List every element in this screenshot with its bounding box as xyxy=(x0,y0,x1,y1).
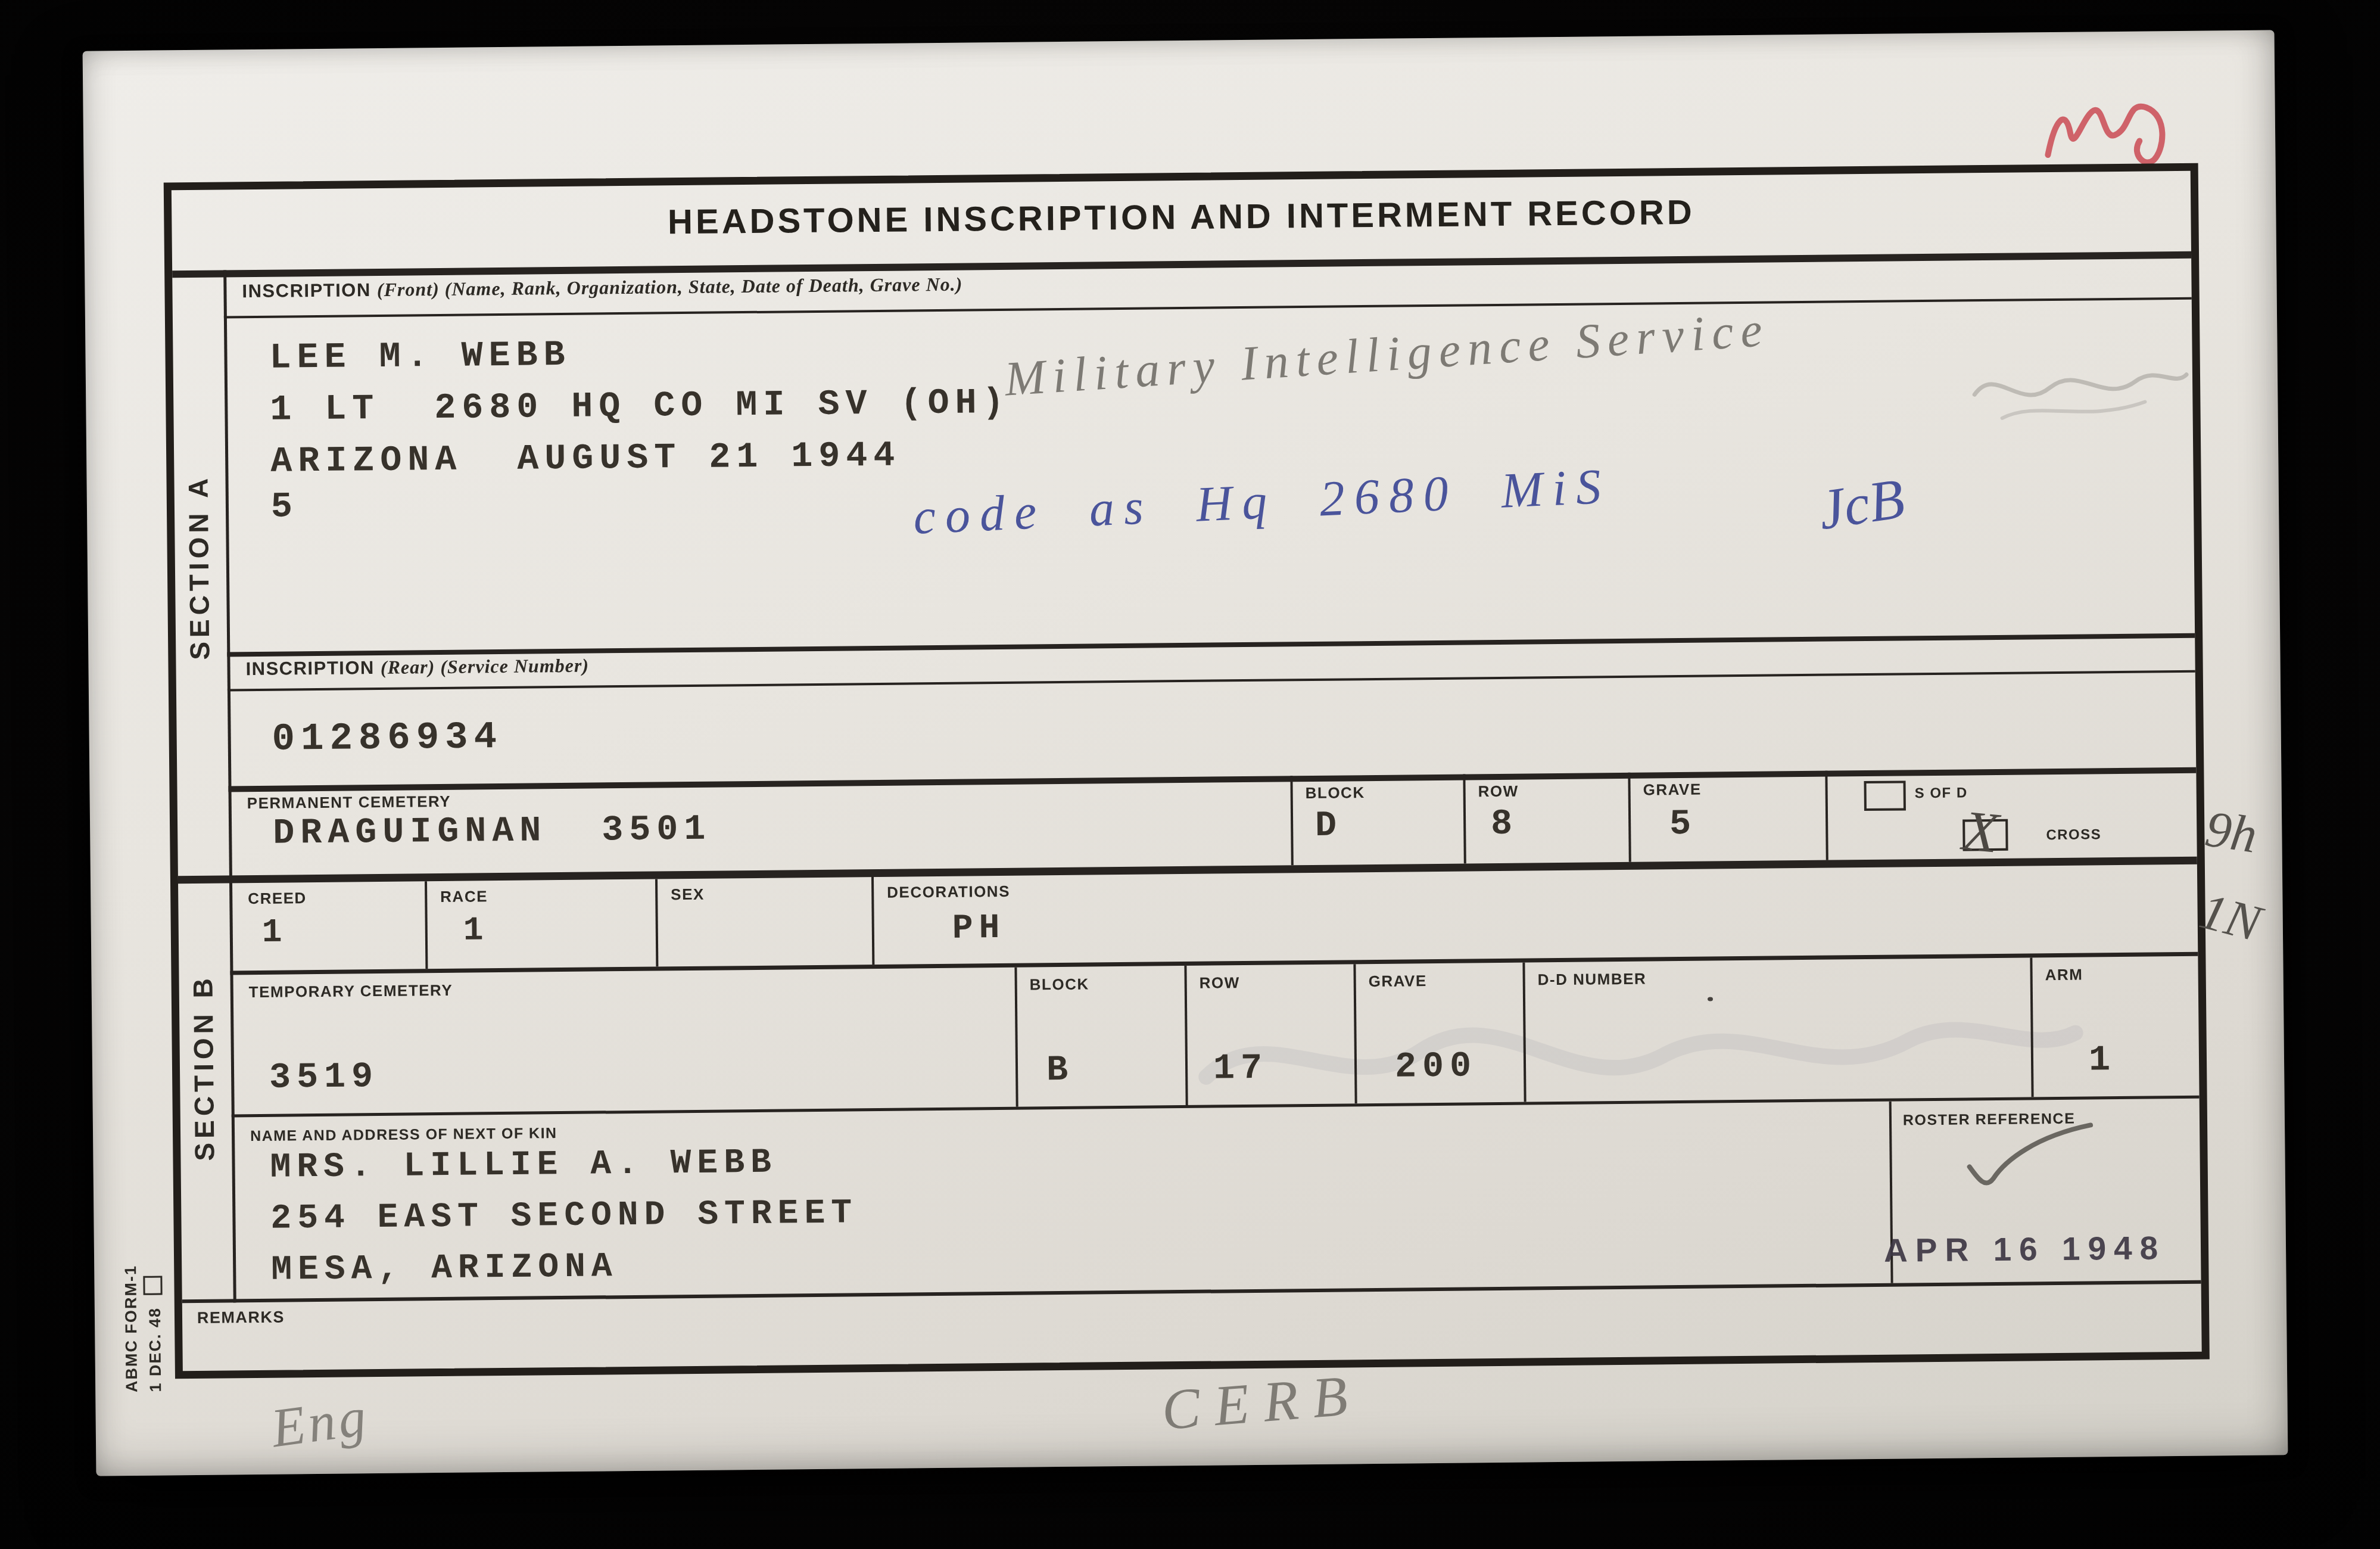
margin-scribble-bottom-center: C E R B xyxy=(1160,1363,1350,1443)
margin-scribble-bottom-left: Eng xyxy=(267,1385,372,1460)
decorations-value: PH xyxy=(952,909,1006,948)
permanent-cemetery-label: PERMANENT CEMETERY xyxy=(247,792,451,813)
temporary-cemetery-label: TEMPORARY CEMETERY xyxy=(249,981,453,1001)
grid-line xyxy=(425,881,428,969)
dd-number-label: D-D NUMBER xyxy=(1538,970,1647,990)
arm-label: ARM xyxy=(2045,966,2083,985)
pencil-annotation: Military Intelligence Service xyxy=(1003,301,1771,408)
paper-sheet: HEADSTONE INSCRIPTION AND INTERMENT RECO… xyxy=(83,30,2288,1476)
temp-block-label: BLOCK xyxy=(1030,975,1089,994)
creed-value: 1 xyxy=(262,913,288,951)
title-divider-line xyxy=(172,251,2191,278)
inscription-front-line-1: LEE M. WEBB xyxy=(269,335,571,379)
inscription-rear-label-caps: INSCRIPTION xyxy=(245,657,375,679)
section-divider-line xyxy=(178,857,2197,884)
section-b-label: SECTION B xyxy=(188,948,220,1187)
temp-row-value: 17 xyxy=(1213,1049,1269,1090)
grid-line xyxy=(655,879,658,967)
perm-row-label: ROW xyxy=(1478,782,1518,801)
grid-line xyxy=(1628,773,1631,862)
next-of-kin-line-2: 254 EAST SECOND STREET xyxy=(270,1194,858,1238)
inscription-front-label-detail: (Front) (Name, Rank, Organization, State… xyxy=(377,273,963,300)
perm-row-value: 8 xyxy=(1491,804,1519,845)
temporary-cemetery-value: 3519 xyxy=(269,1057,379,1099)
next-of-kin-label: NAME AND ADDRESS OF NEXT OF KIN xyxy=(250,1125,557,1145)
service-number-value: 01286934 xyxy=(272,716,503,761)
ink-speck xyxy=(1708,997,1713,1001)
temp-grave-value: 200 xyxy=(1395,1046,1478,1087)
perm-grave-value: 5 xyxy=(1669,804,1697,845)
grid-line xyxy=(1290,776,1293,865)
date-stamp: APR 16 1948 xyxy=(1884,1228,2166,1270)
ink-annotation: code as Hq 2680 MiS xyxy=(912,458,1611,546)
perm-block-value: D xyxy=(1315,805,1343,846)
inscription-front-line-2: 1 LT 2680 HQ CO MI SV (OH) xyxy=(270,383,1010,431)
grid-line xyxy=(871,877,874,965)
arm-value: 1 xyxy=(2089,1040,2117,1081)
form-number-imprint: ABMC FORM-1 1 DEC. 48 xyxy=(118,1177,172,1392)
inscription-front-label: INSCRIPTION (Front) (Name, Rank, Organiz… xyxy=(242,273,962,303)
cross-label: CROSS xyxy=(2046,826,2101,844)
grid-line xyxy=(1184,966,1188,1105)
race-label: RACE xyxy=(440,887,488,906)
grid-line xyxy=(1353,964,1357,1103)
permanent-cemetery-value: DRAGUIGNAN 3501 xyxy=(273,810,712,854)
cross-checkmark-x: X xyxy=(1960,797,2001,866)
next-of-kin-line-3: MESA, ARIZONA xyxy=(271,1248,618,1290)
perm-block-label: BLOCK xyxy=(1306,783,1365,803)
race-value: 1 xyxy=(463,911,489,949)
inscription-front-label-caps: INSCRIPTION xyxy=(242,279,371,301)
inscription-front-line-4: 5 xyxy=(271,487,299,527)
grid-line xyxy=(1014,968,1018,1107)
grid-line xyxy=(1463,774,1466,863)
form-number-line-1: ABMC FORM-1 xyxy=(118,1178,144,1392)
grid-line xyxy=(230,952,2198,975)
grid-line xyxy=(1522,963,1526,1102)
form-headstone-record: HEADSTONE INSCRIPTION AND INTERMENT RECO… xyxy=(164,163,2210,1379)
creed-label: CREED xyxy=(248,889,307,908)
s-of-d-checkbox xyxy=(1864,780,1906,811)
perm-grave-label: GRAVE xyxy=(1643,780,1701,800)
grid-line xyxy=(1825,771,1828,860)
temp-grave-label: GRAVE xyxy=(1369,972,1427,991)
s-of-d-label: S OF D xyxy=(1915,785,1968,802)
inscription-front-line-3: ARIZONA AUGUST 21 1944 xyxy=(270,436,901,483)
scan-background: HEADSTONE INSCRIPTION AND INTERMENT RECO… xyxy=(0,0,2380,1549)
next-of-kin-line-1: MRS. LILLIE A. WEBB xyxy=(270,1144,777,1187)
margin-scribble-right-top: 9h xyxy=(2201,798,2261,865)
temp-row-label: ROW xyxy=(1200,973,1240,993)
sex-label: SEX xyxy=(671,885,705,904)
pencil-checkmark xyxy=(1958,1119,2102,1203)
grid-line xyxy=(227,633,2195,657)
decorations-label: DECORATIONS xyxy=(887,882,1010,902)
page-title: HEADSTONE INSCRIPTION AND INTERMENT RECO… xyxy=(172,188,2191,247)
form-number-line-2: 1 DEC. 48 xyxy=(142,1177,167,1392)
ink-initials: JcB xyxy=(1814,465,1909,543)
remarks-label: REMARKS xyxy=(197,1308,285,1327)
grid-line xyxy=(224,297,2192,319)
faint-pencil-scribble xyxy=(1965,339,2193,437)
temp-block-value: B xyxy=(1046,1050,1074,1091)
form-number-checkbox xyxy=(143,1276,162,1295)
grid-line xyxy=(2030,957,2033,1097)
inscription-rear-label: INSCRIPTION (Rear) (Service Number) xyxy=(245,655,589,680)
section-a-label: SECTION A xyxy=(183,448,215,686)
inscription-rear-label-detail: (Rear) (Service Number) xyxy=(381,655,589,678)
form-number-date: 1 DEC. 48 xyxy=(146,1307,164,1392)
